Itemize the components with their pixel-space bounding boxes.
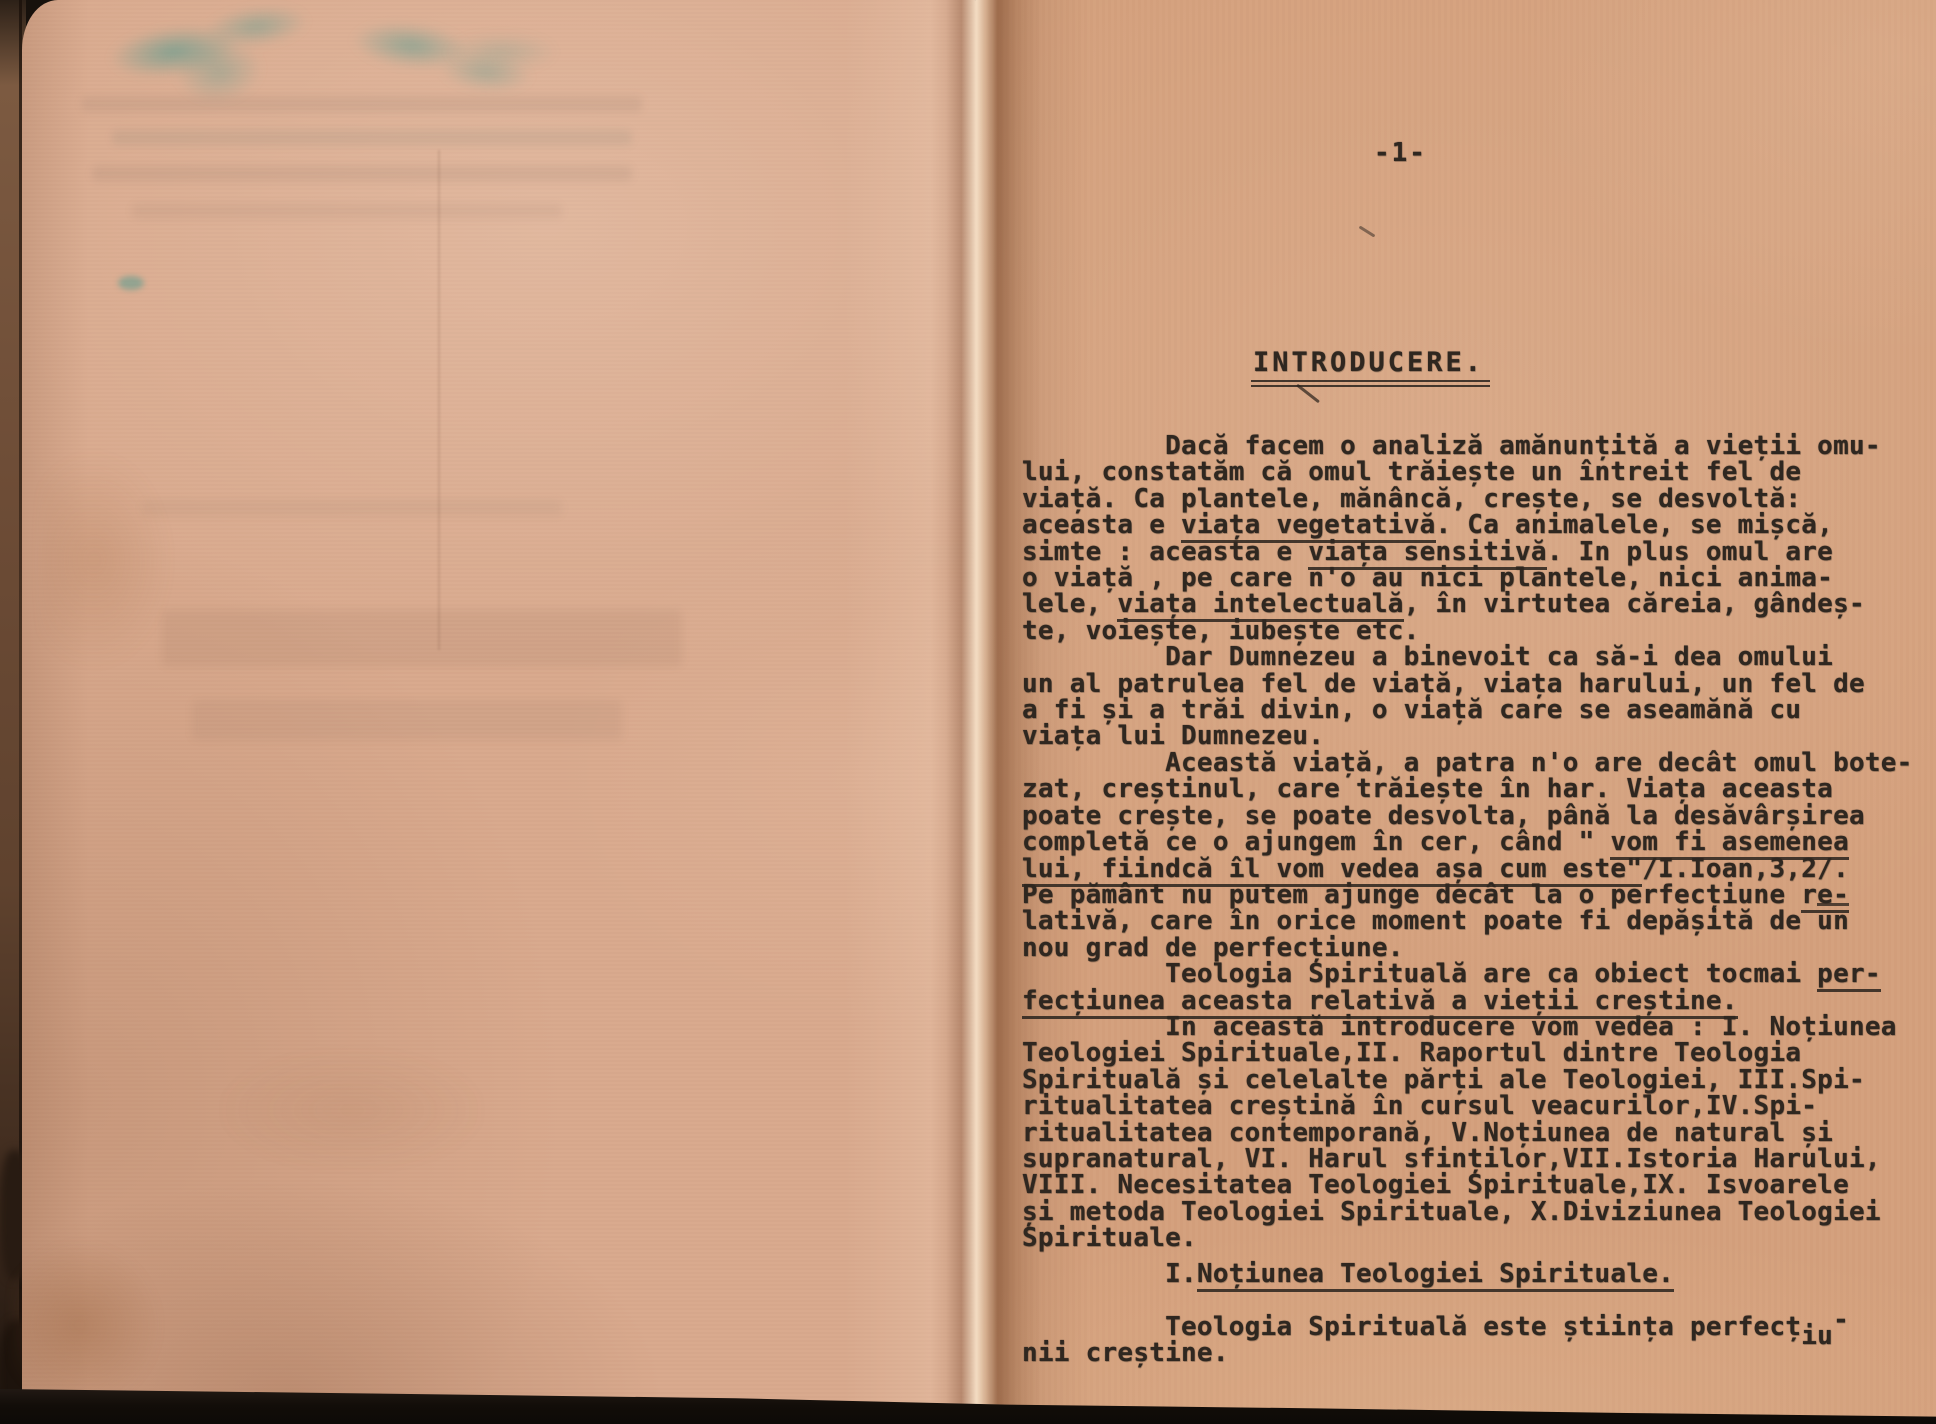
text-segment: un (1817, 903, 1849, 936)
text-segment: - (1833, 1305, 1849, 1335)
text-line: lativă, care în orice moment poate fi de… (1022, 908, 1922, 934)
paper-stain (222, 1050, 482, 1170)
text-line: aceasta e viața vegetativă. Ca animalele… (1022, 512, 1922, 538)
text-line: lui, constatăm că omul trăiește un între… (1022, 459, 1922, 485)
text-line: nii creștine. (1022, 1340, 1922, 1366)
text-line: a fi și a trăi divin, o viață care se as… (1022, 697, 1922, 723)
bleed-through-text (82, 96, 642, 112)
chapter-title: INTRODUCERE. (1251, 347, 1490, 387)
text-line: In această introducere vom vedea : I. No… (1022, 1014, 1922, 1040)
text-segment: completă ce o ajungem în cer, când " (1022, 827, 1610, 857)
bleed-through-text (112, 130, 632, 145)
text-line: VIII. Necesitatea Teologiei Spirituale,I… (1022, 1172, 1922, 1198)
text-line: lele, viața intelectuală, în virtutea că… (1022, 591, 1922, 617)
text-segment: iu (1801, 1321, 1833, 1351)
text-line: Această viață, a patra n'o are decât omu… (1022, 750, 1922, 776)
bleed-through-text (162, 610, 682, 666)
text-line: Spirituale. (1022, 1225, 1922, 1251)
text-line: și metoda Teologiei Spirituale, X.Divizi… (1022, 1199, 1922, 1225)
text-line: zat, creștinul, care trăiește în har. Vi… (1022, 776, 1922, 802)
paper-stain (12, 1240, 162, 1410)
text-line: lui, fiindcă îl vom vedea așa cum este"/… (1022, 856, 1922, 882)
text-line: ritualitatea contemporană, V.Noțiunea de… (1022, 1120, 1922, 1146)
text-segment: nii creștine. (1022, 1338, 1229, 1368)
text-line: te, voiește, iubește etc. (1022, 618, 1922, 644)
teal-ink-dot (118, 276, 144, 290)
text-line: Teologia Spirituală are ca obiect tocmai… (1022, 961, 1922, 987)
text-line: poate crește, se poate desvolta, până la… (1022, 803, 1922, 829)
text-line: viața lui Dumnezeu. (1022, 723, 1922, 749)
bleed-through-text (132, 204, 562, 218)
teal-ink-smudge (426, 24, 576, 80)
text-line: nou grad de perfecțiune. (1022, 935, 1922, 961)
underlined-text: per- (1817, 959, 1881, 992)
underlined-text: Noțiunea Teologiei Spirituale. (1197, 1259, 1674, 1292)
text-line: un al patrulea fel de viață, viața harul… (1022, 671, 1922, 697)
text-line: supranatural, VI. Harul sfinților,VII.Is… (1022, 1146, 1922, 1172)
text-segment: Spirituale. (1022, 1223, 1197, 1253)
text-line: ritualitatea creștină în cursul veacuril… (1022, 1093, 1922, 1119)
typewritten-text: Dacă facem o analiză amănunțită a vieții… (1022, 433, 1922, 1367)
text-line: viață. Ca plantele, mănâncă, crește, se … (1022, 486, 1922, 512)
section-heading: I.Noțiunea Teologiei Spirituale. (1022, 1261, 1922, 1287)
text-line: Spirituală și celelalte părți ale Teolog… (1022, 1067, 1922, 1093)
paper-stain (42, 450, 172, 670)
left-blank-page (22, 0, 978, 1410)
page-number: -1- (1374, 138, 1427, 168)
text-segment: Teologia Spirituală are ca obiect tocmai (1022, 959, 1817, 989)
text-line: Dar Dumnezeu a binevoit ca să-i dea omul… (1022, 644, 1922, 670)
text-line: Dacă facem o analiză amănunțită a vieții… (1022, 433, 1922, 459)
text-line: fecțiunea aceasta relativă a vieții creș… (1022, 988, 1922, 1014)
text-segment: I. (1022, 1259, 1197, 1289)
bleed-through-text (92, 166, 632, 181)
text-segment: , în virtutea căreia, gândeș- (1404, 589, 1865, 619)
bleed-through-text (192, 700, 622, 740)
text-line: o viață , pe care n'o au nici plantele, … (1022, 565, 1922, 591)
text-line: Pe pământ nu putem ajunge decât la o per… (1022, 882, 1922, 908)
bleed-through-text (142, 500, 562, 516)
text-line: Teologiei Spirituale,II. Raportul dintre… (1022, 1040, 1922, 1066)
text-line: simte : aceasta e viața sensitivă. In pl… (1022, 539, 1922, 565)
book-scan: -1- INTRODUCERE. Dacă facem o analiză am… (0, 0, 1936, 1424)
text-line: completă ce o ajungem în cer, când " vom… (1022, 829, 1922, 855)
text-line: Teologia Spirituală este știința perfecț… (1022, 1314, 1922, 1340)
page-crease (438, 150, 440, 650)
